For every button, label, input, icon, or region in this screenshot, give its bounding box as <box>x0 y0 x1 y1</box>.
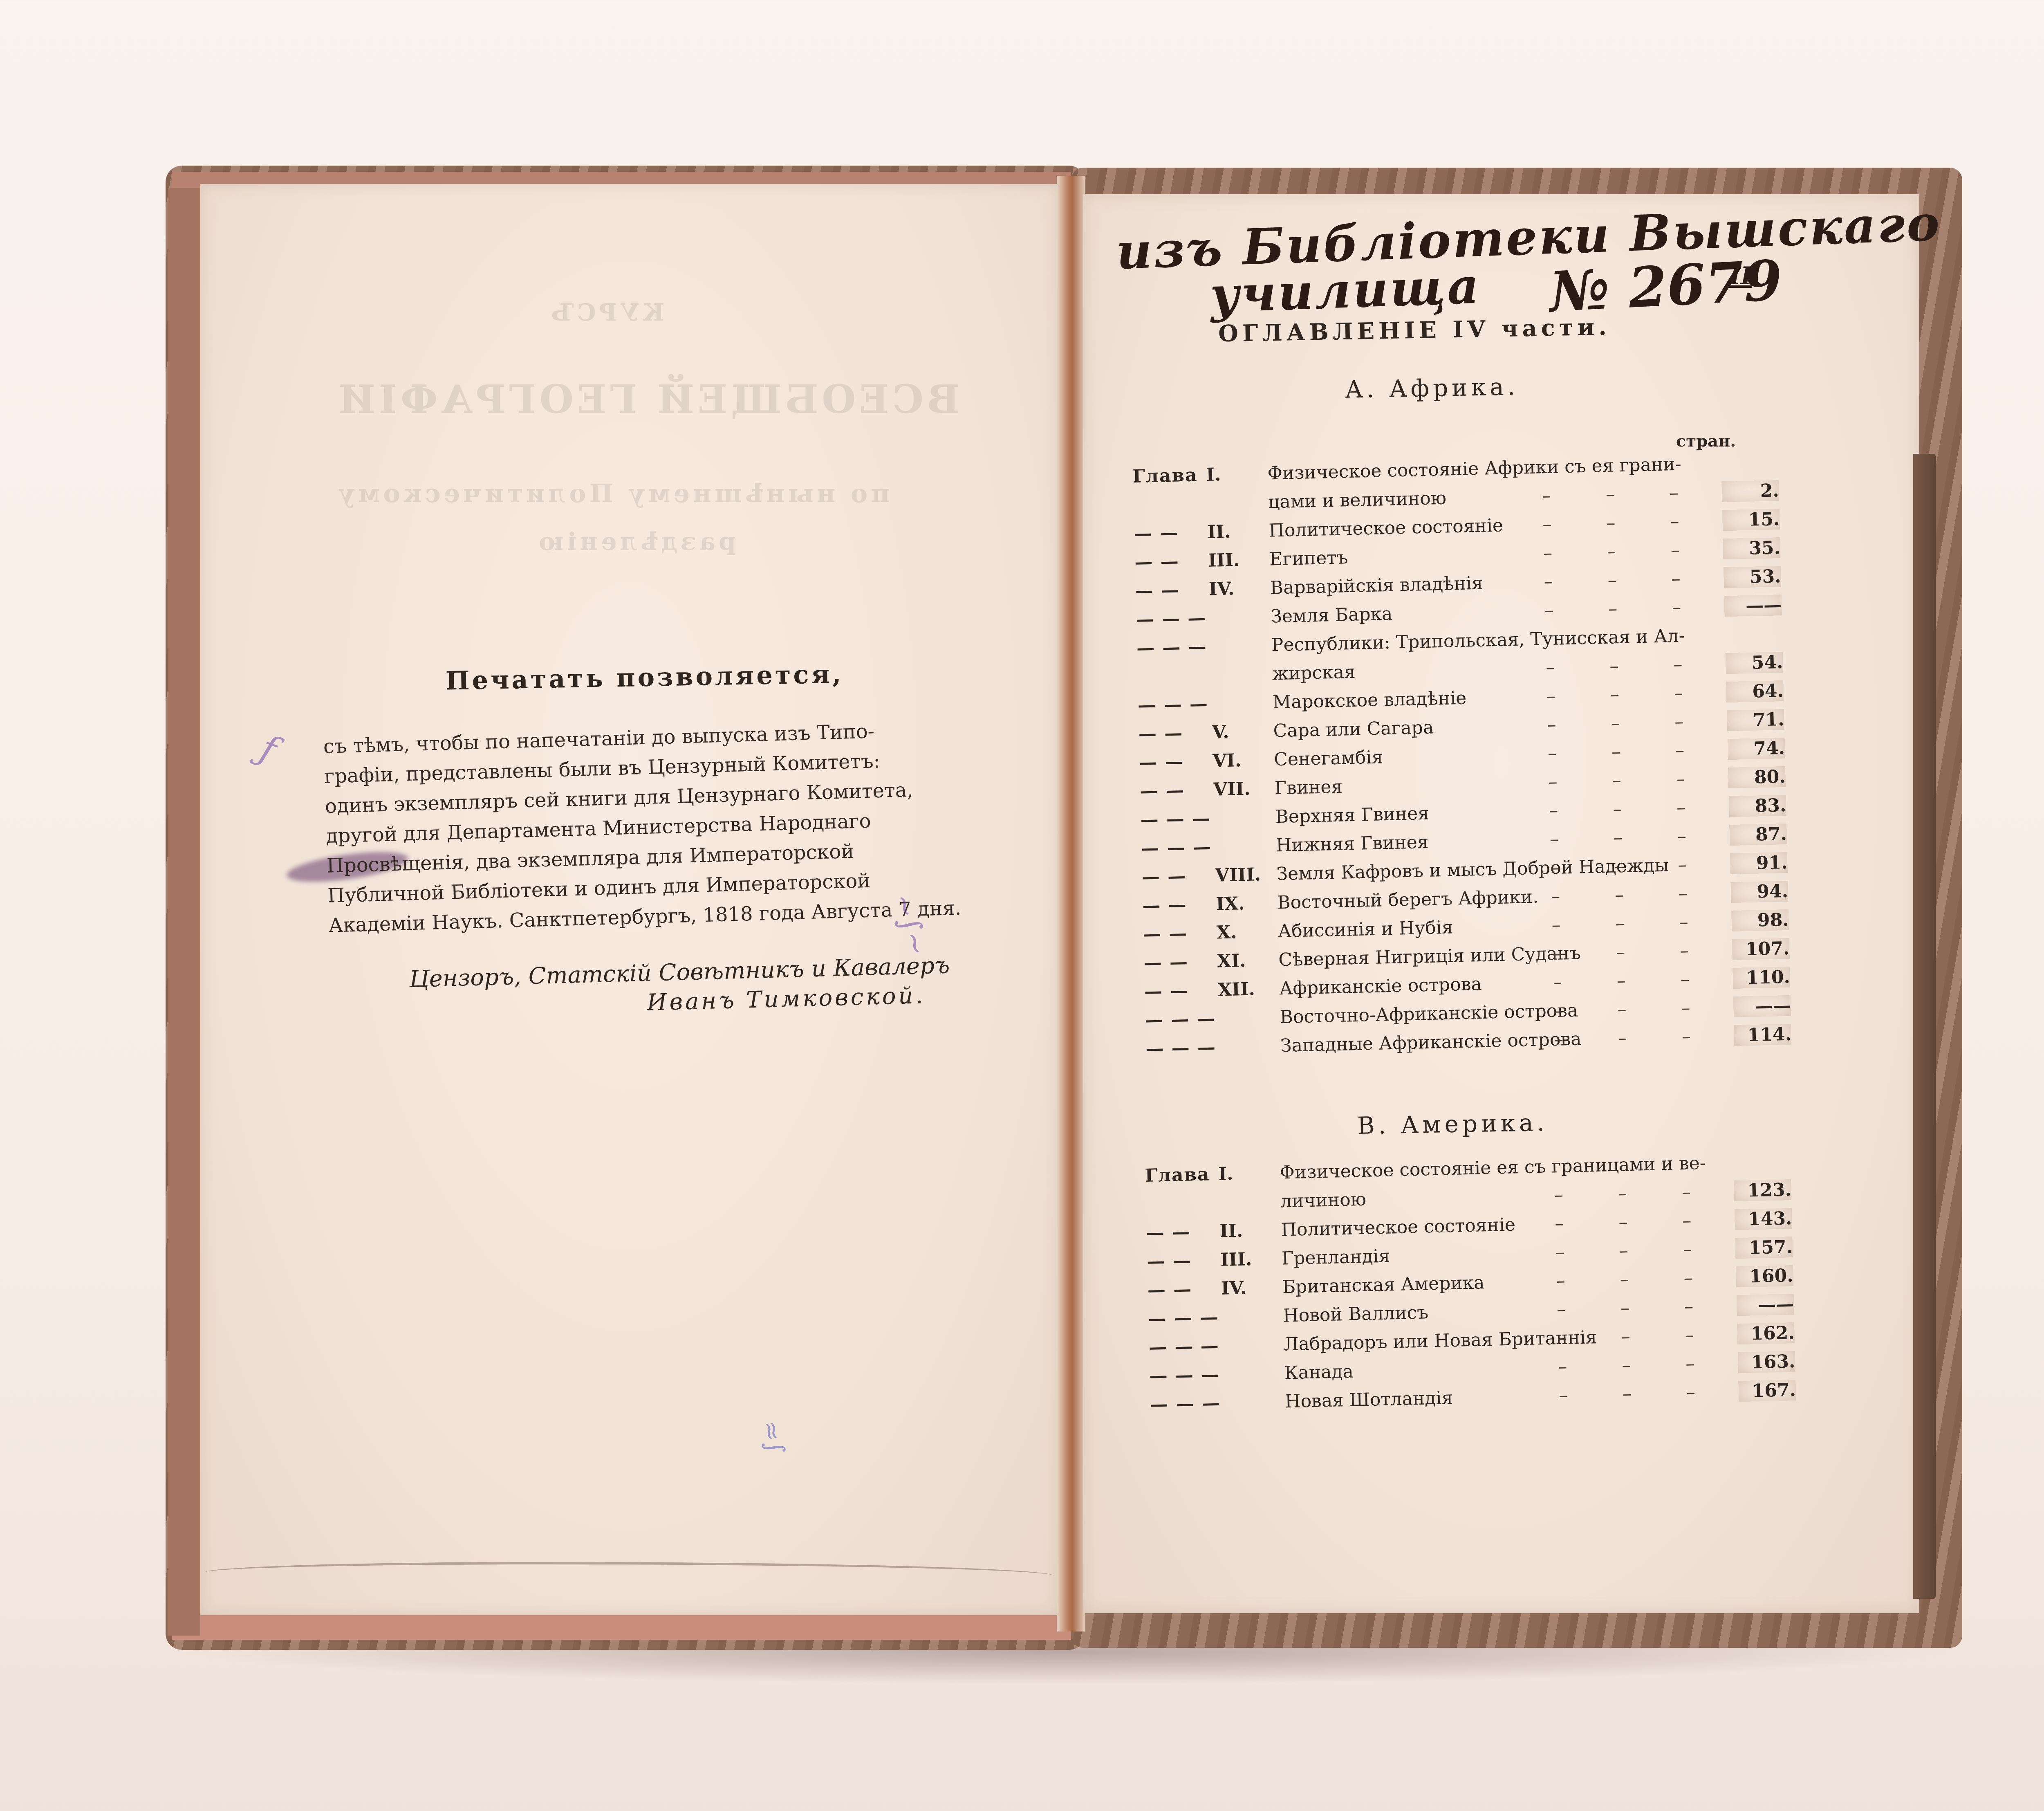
toc-dash-leaders: – – – – <box>1556 1266 1740 1291</box>
handwritten-library-note: училища <box>1209 257 1481 324</box>
toc-entry-page: 74. <box>1728 738 1785 760</box>
toc-entry-prefix: — — — <box>1140 808 1218 830</box>
toc-dash-leaders: – – – – <box>1551 911 1736 936</box>
toc-entry-prefix: — — — <box>1148 1307 1226 1329</box>
page-edges <box>1913 454 1936 1599</box>
toc-entry-prefix: — — <box>1134 550 1213 573</box>
toc-entry-title: Египетъ <box>1269 547 1348 570</box>
toc-entry-chapter-number: X. <box>1216 921 1270 943</box>
toc-entry-prefix: — — — <box>1138 693 1216 716</box>
toc-dash-leaders: – – – – <box>1554 1180 1738 1205</box>
toc-entry-chapter-number: VIII. <box>1215 864 1269 886</box>
toc-dash-leaders: – – – – <box>1547 710 1731 735</box>
show-through-line: раздѣленію <box>536 527 736 556</box>
toc-dash-leaders: – – – – <box>1548 739 1732 764</box>
toc-entry-page: 64. <box>1726 680 1784 702</box>
toc-entry-prefix: — — — <box>1149 1364 1227 1387</box>
toc-entry-prefix: — — <box>1139 779 1217 801</box>
toc-dash-leaders: – – – – <box>1550 853 1735 878</box>
show-through-line: по нынѣшнему Политическому <box>335 478 890 508</box>
toc-dash-leaders: – – – – <box>1546 653 1730 678</box>
toc-entry-title: Сенегамбія <box>1274 747 1383 770</box>
toc-entry-chapter-number: II. <box>1219 1220 1273 1242</box>
toc-entry-page: 87. <box>1729 824 1787 846</box>
toc-entry-prefix: Глава <box>1145 1164 1223 1186</box>
toc-entry-page: 15. <box>1722 509 1780 531</box>
section-title-america: В. Америка. <box>1357 1109 1548 1140</box>
toc-entry-prefix: — — <box>1144 979 1222 1002</box>
toc-entry-title: Новая Шотландія <box>1285 1387 1453 1412</box>
toc-entry-prefix: — — <box>1139 751 1217 773</box>
toc-entry-title: личиною <box>1280 1189 1367 1212</box>
toc-dash-leaders: – – – – <box>1549 825 1734 850</box>
toc-entry-prefix: — — <box>1138 722 1216 745</box>
toc-entry-title: Верхняя Гвинея <box>1275 803 1430 828</box>
toc-dash-leaders: – – – – <box>1557 1324 1741 1349</box>
toc-entry-page: 110. <box>1732 967 1790 989</box>
toc-entry-prefix: — — <box>1146 1221 1224 1243</box>
toc-entry-page: 80. <box>1728 766 1786 788</box>
toc-entry-chapter-number: I. <box>1218 1162 1272 1185</box>
blue-stamp-icon: ≈∫ <box>756 1418 790 1456</box>
toc-entry-page: 54. <box>1726 652 1783 674</box>
toc-africa: ГлаваI.Физическое состояніе Африки съ ея… <box>1132 451 1800 1067</box>
toc-entry-page: 163. <box>1738 1351 1795 1373</box>
toc-entry-title: Варварійскія владѣнія <box>1270 573 1483 599</box>
torn-page-edge <box>204 1562 1055 1597</box>
page-column-header: стран. <box>1676 431 1736 451</box>
toc-entry-page: 123. <box>1734 1179 1791 1201</box>
toc-dash-leaders: – – – – <box>1543 539 1728 563</box>
toc-entry-prefix: — — <box>1147 1278 1225 1301</box>
toc-entry-title: Британская Америка <box>1282 1272 1485 1297</box>
toc-entry-title: Канада <box>1284 1361 1354 1384</box>
toc-dash-leaders: – – – – <box>1553 968 1737 993</box>
toc-entry-page: 2. <box>1721 480 1779 502</box>
toc-entry-page: 35. <box>1723 537 1780 559</box>
toc-entry-prefix: — — <box>1142 893 1220 916</box>
toc-entry-title: Марокское владѣніе <box>1273 688 1467 713</box>
toc-entry-title: Новой Валлисъ <box>1283 1302 1429 1326</box>
toc-dash-leaders: – – – – <box>1546 682 1730 707</box>
toc-entry-prefix: — — <box>1143 922 1221 945</box>
toc-entry-prefix: — — — <box>1145 1037 1224 1059</box>
toc-entry-page: 143. <box>1735 1208 1792 1230</box>
toc-entry-title: Африканскіе острова <box>1279 974 1482 999</box>
toc-entry-page: —— <box>1733 995 1791 1017</box>
toc-entry-title: цами и величиною <box>1268 488 1447 513</box>
toc-entry-title: Нижняя Гвинея <box>1276 832 1429 856</box>
toc-entry-chapter-number: IX. <box>1216 893 1269 915</box>
toc-dash-leaders: – – – – <box>1554 1025 1739 1050</box>
toc-dash-leaders: – – – – <box>1555 1238 1740 1263</box>
toc-entry-prefix: — — <box>1141 865 1219 887</box>
toc-entry-page: 167. <box>1738 1380 1796 1402</box>
toc-entry-page: 114. <box>1734 1024 1791 1046</box>
toc-dash-leaders: – – – – <box>1557 1295 1741 1320</box>
book-gutter <box>1057 176 1085 1631</box>
toc-entry-page: 53. <box>1724 566 1781 588</box>
toc-entry-prefix: — — <box>1135 579 1213 601</box>
handwritten-superscript: II <box>1729 262 1752 290</box>
toc-entry-chapter-number: III. <box>1208 549 1262 571</box>
toc-entry-prefix: — — — <box>1141 836 1219 859</box>
toc-entry-prefix: — — — <box>1150 1393 1228 1415</box>
toc-dash-leaders: – – – – <box>1544 567 1728 592</box>
show-through-line: ВСЕОБЩЕЙ ГЕОГРАФІИ <box>335 376 960 422</box>
toc-entry-chapter-number: I. <box>1206 463 1260 485</box>
toc-dash-leaders: – – – – <box>1558 1381 1743 1406</box>
toc-entry-prefix: — — — <box>1149 1335 1227 1358</box>
toc-dash-leaders: – – – – <box>1549 796 1733 821</box>
toc-entry-prefix: — — <box>1147 1250 1225 1272</box>
toc-entry-title: жирская <box>1272 662 1356 684</box>
toc-dash-leaders: – – – – <box>1552 939 1737 964</box>
toc-dash-leaders: – – – – <box>1553 996 1738 1021</box>
toc-entry-page: 157. <box>1735 1237 1793 1259</box>
toc-entry-page: 162. <box>1737 1322 1795 1344</box>
toc-entry-chapter-number: XI. <box>1217 950 1271 972</box>
toc-entry-page: 98. <box>1731 909 1789 931</box>
leather-spine-left <box>168 188 200 1636</box>
show-through-line: КУРСЪ <box>548 298 664 326</box>
toc-dash-leaders: – – – – <box>1548 767 1732 792</box>
toc-entry-page: 160. <box>1736 1265 1793 1287</box>
toc-dash-leaders: – – – – <box>1555 1209 1739 1234</box>
toc-entry-title: Гвинея <box>1274 776 1342 799</box>
toc-entry-page: 107. <box>1732 938 1790 960</box>
toc-entry-prefix: Глава <box>1132 465 1210 487</box>
toc-entry-title: Земля Барка <box>1271 604 1393 627</box>
toc-entry-prefix: — — — <box>1136 636 1215 659</box>
section-title-africa: А. Африка. <box>1345 373 1519 403</box>
toc-entry-page: —— <box>1724 595 1782 617</box>
toc-entry-chapter-number: V. <box>1212 721 1265 743</box>
toc-entry-page: 83. <box>1729 795 1786 817</box>
toc-entry-chapter-number: II. <box>1207 521 1261 543</box>
toc-entry-title: Сара или Сагара <box>1273 717 1434 741</box>
toc-entry-prefix: — — — <box>1136 608 1214 630</box>
toc-entry-chapter-number: III. <box>1220 1248 1274 1270</box>
toc-entry-prefix: — — <box>1143 951 1221 973</box>
toc-entry-page: 94. <box>1730 881 1788 903</box>
toc-entry-page: 91. <box>1730 852 1788 874</box>
toc-dash-leaders: – – – – <box>1544 596 1729 621</box>
toc-entry-page: 71. <box>1727 709 1784 731</box>
toc-entry-prefix: — — <box>1134 522 1212 544</box>
toc-entry-chapter-number: IV. <box>1208 578 1262 600</box>
toc-america: ГлаваI.Физическое состояніе ея съ границ… <box>1145 1151 1804 1423</box>
toc-dash-leaders: – – – – <box>1558 1352 1742 1377</box>
toc-entry-chapter-number: VII. <box>1213 778 1266 800</box>
toc-dash-leaders: – – – – <box>1551 882 1735 907</box>
toc-dash-leaders: – – – – <box>1542 510 1727 535</box>
toc-entry-chapter-number: VI. <box>1213 750 1266 772</box>
toc-entry-chapter-number: XII. <box>1218 978 1271 1001</box>
toc-entry-title: Гренландія <box>1282 1245 1390 1269</box>
toc-entry-chapter-number: IV. <box>1221 1277 1274 1299</box>
toc-entry-page: —— <box>1737 1294 1794 1316</box>
toc-entry-prefix: — — — <box>1145 1008 1223 1030</box>
toc-entry-title: Абиссинія и Нубія <box>1277 917 1453 942</box>
toc-dash-leaders: – – – – <box>1542 481 1726 506</box>
